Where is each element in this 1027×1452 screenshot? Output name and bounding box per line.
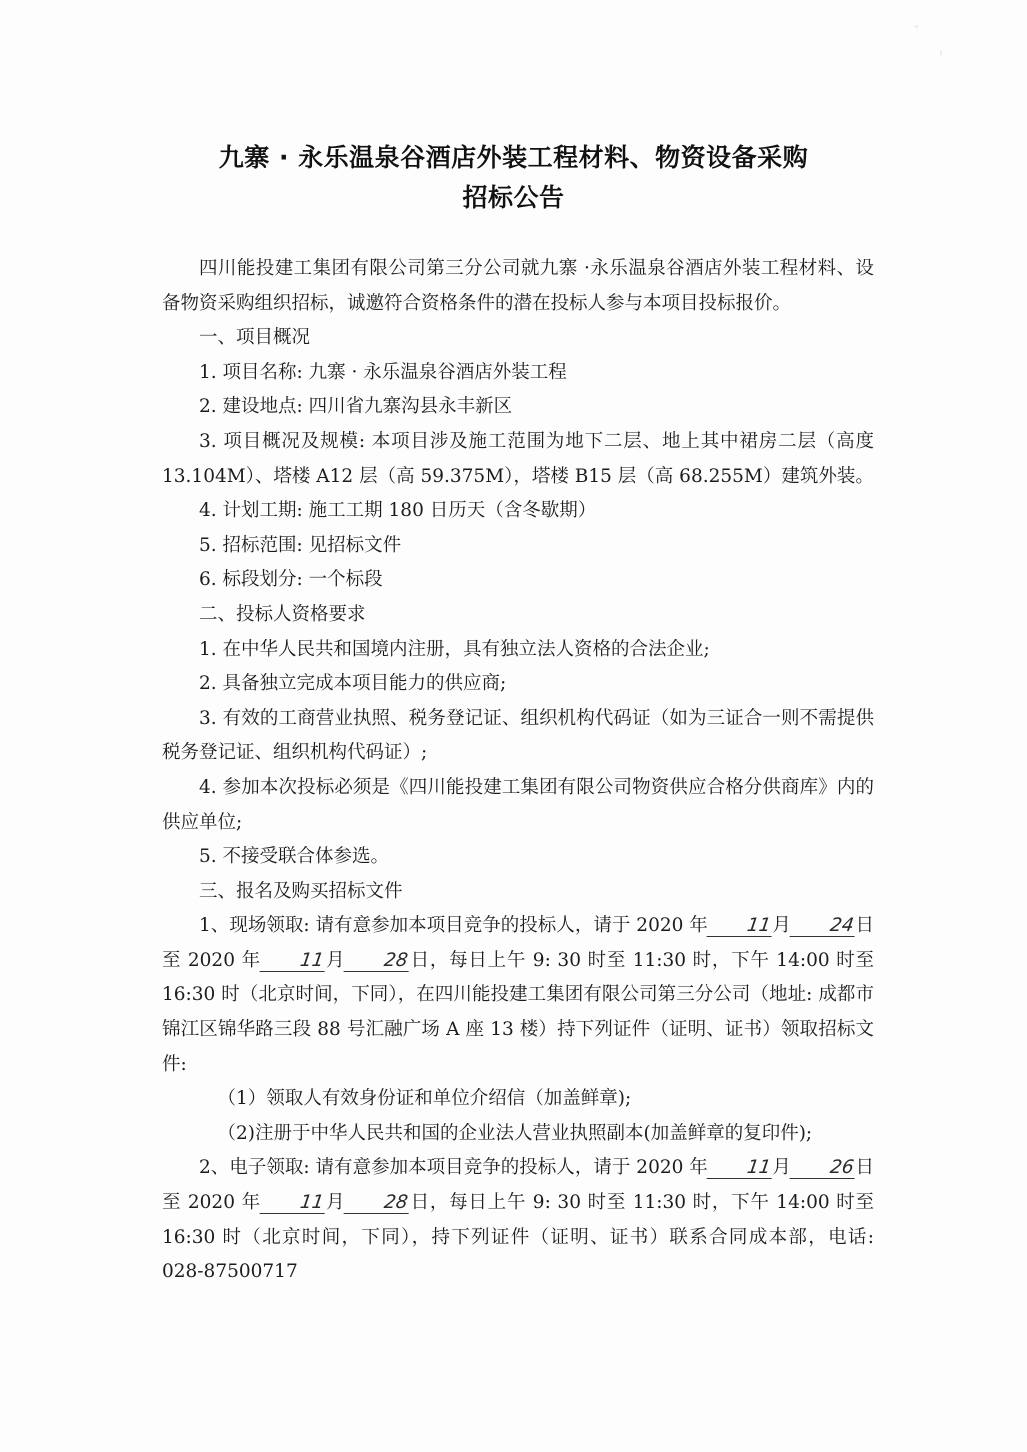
handwritten-end-day: 28 [344,952,411,972]
title-line-2: 招标公告 [0,178,1027,218]
qualification-item: 4. 参加本次投标必须是《四川能投建工集团有限公司物资供应合格分供商库》内的供应… [162,771,874,840]
project-item-schedule: 4. 计划工期: 施工工期 180 日历天（含冬歇期） [162,494,874,529]
month-char: 月 [325,950,345,971]
document-title: 九寨 · 永乐温泉谷酒店外装工程材料、物资设备采购 招标公告 [0,138,1027,218]
electronic-prefix: 2、电子领取: 请有意参加本项目竞争的投标人，请于 2020 年 [199,1157,708,1178]
project-item-scale: 3. 项目概况及规模: 本项目涉及施工范围为地下二层、地上其中裙房二层（高度 1… [162,425,874,494]
section-heading-project-overview: 一、项目概况 [162,321,874,356]
handwritten-start-day: 26 [790,1159,857,1179]
month-char: 月 [772,1157,791,1178]
qualification-item: 3. 有效的工商营业执照、税务登记证、组织机构代码证（如为三证合一则不需提供税务… [162,702,874,771]
section-heading-qualifications: 二、投标人资格要求 [162,598,874,633]
handwritten-end-month: 11 [259,952,326,972]
onsite-pickup-paragraph: 1、现场领取: 请有意参加本项目竞争的投标人，请于 2020 年11月24日至 … [162,909,874,1082]
project-item-scope: 5. 招标范围: 见招标文件 [162,529,874,564]
onsite-prefix: 1、现场领取: 请有意参加本项目竞争的投标人，请于 2020 年 [199,915,708,936]
scan-artifact [940,50,942,56]
month-char: 月 [325,1192,345,1213]
scan-artifact [915,25,918,28]
section-heading-registration: 三、报名及购买招标文件 [162,875,874,910]
required-doc-item: （1）领取人有效身份证和单位介绍信（加盖鲜章); [162,1082,874,1117]
project-item-lots: 6. 标段划分: 一个标段 [162,563,874,598]
electronic-pickup-paragraph: 2、电子领取: 请有意参加本项目竞争的投标人，请于 2020 年11月26日至 … [162,1151,874,1289]
handwritten-end-day: 28 [344,1194,411,1214]
handwritten-end-month: 11 [259,1194,326,1214]
month-char: 月 [772,915,791,936]
required-doc-item: （2)注册于中华人民共和国的企业法人营业执照副本(加盖鲜章的复印件); [162,1117,874,1152]
project-item-name: 1. 项目名称: 九寨 · 永乐温泉谷酒店外装工程 [162,356,874,391]
qualification-item: 5. 不接受联合体参选。 [162,840,874,875]
scanned-page: 九寨 · 永乐温泉谷酒店外装工程材料、物资设备采购 招标公告 四川能投建工集团有… [0,0,1027,1452]
qualification-item: 2. 具备独立完成本项目能力的供应商; [162,667,874,702]
document-body: 四川能投建工集团有限公司第三分公司就九寨 ·永乐温泉谷酒店外装工程材料、设备物资… [162,252,874,1290]
title-line-1: 九寨 · 永乐温泉谷酒店外装工程材料、物资设备采购 [0,138,1027,178]
handwritten-start-day: 24 [790,917,857,937]
qualification-item: 1. 在中华人民共和国境内注册，具有独立法人资格的合法企业; [162,633,874,668]
intro-paragraph: 四川能投建工集团有限公司第三分公司就九寨 ·永乐温泉谷酒店外装工程材料、设备物资… [162,252,874,321]
handwritten-start-month: 11 [706,917,773,937]
handwritten-start-month: 11 [706,1159,773,1179]
project-item-location: 2. 建设地点: 四川省九寨沟县永丰新区 [162,390,874,425]
